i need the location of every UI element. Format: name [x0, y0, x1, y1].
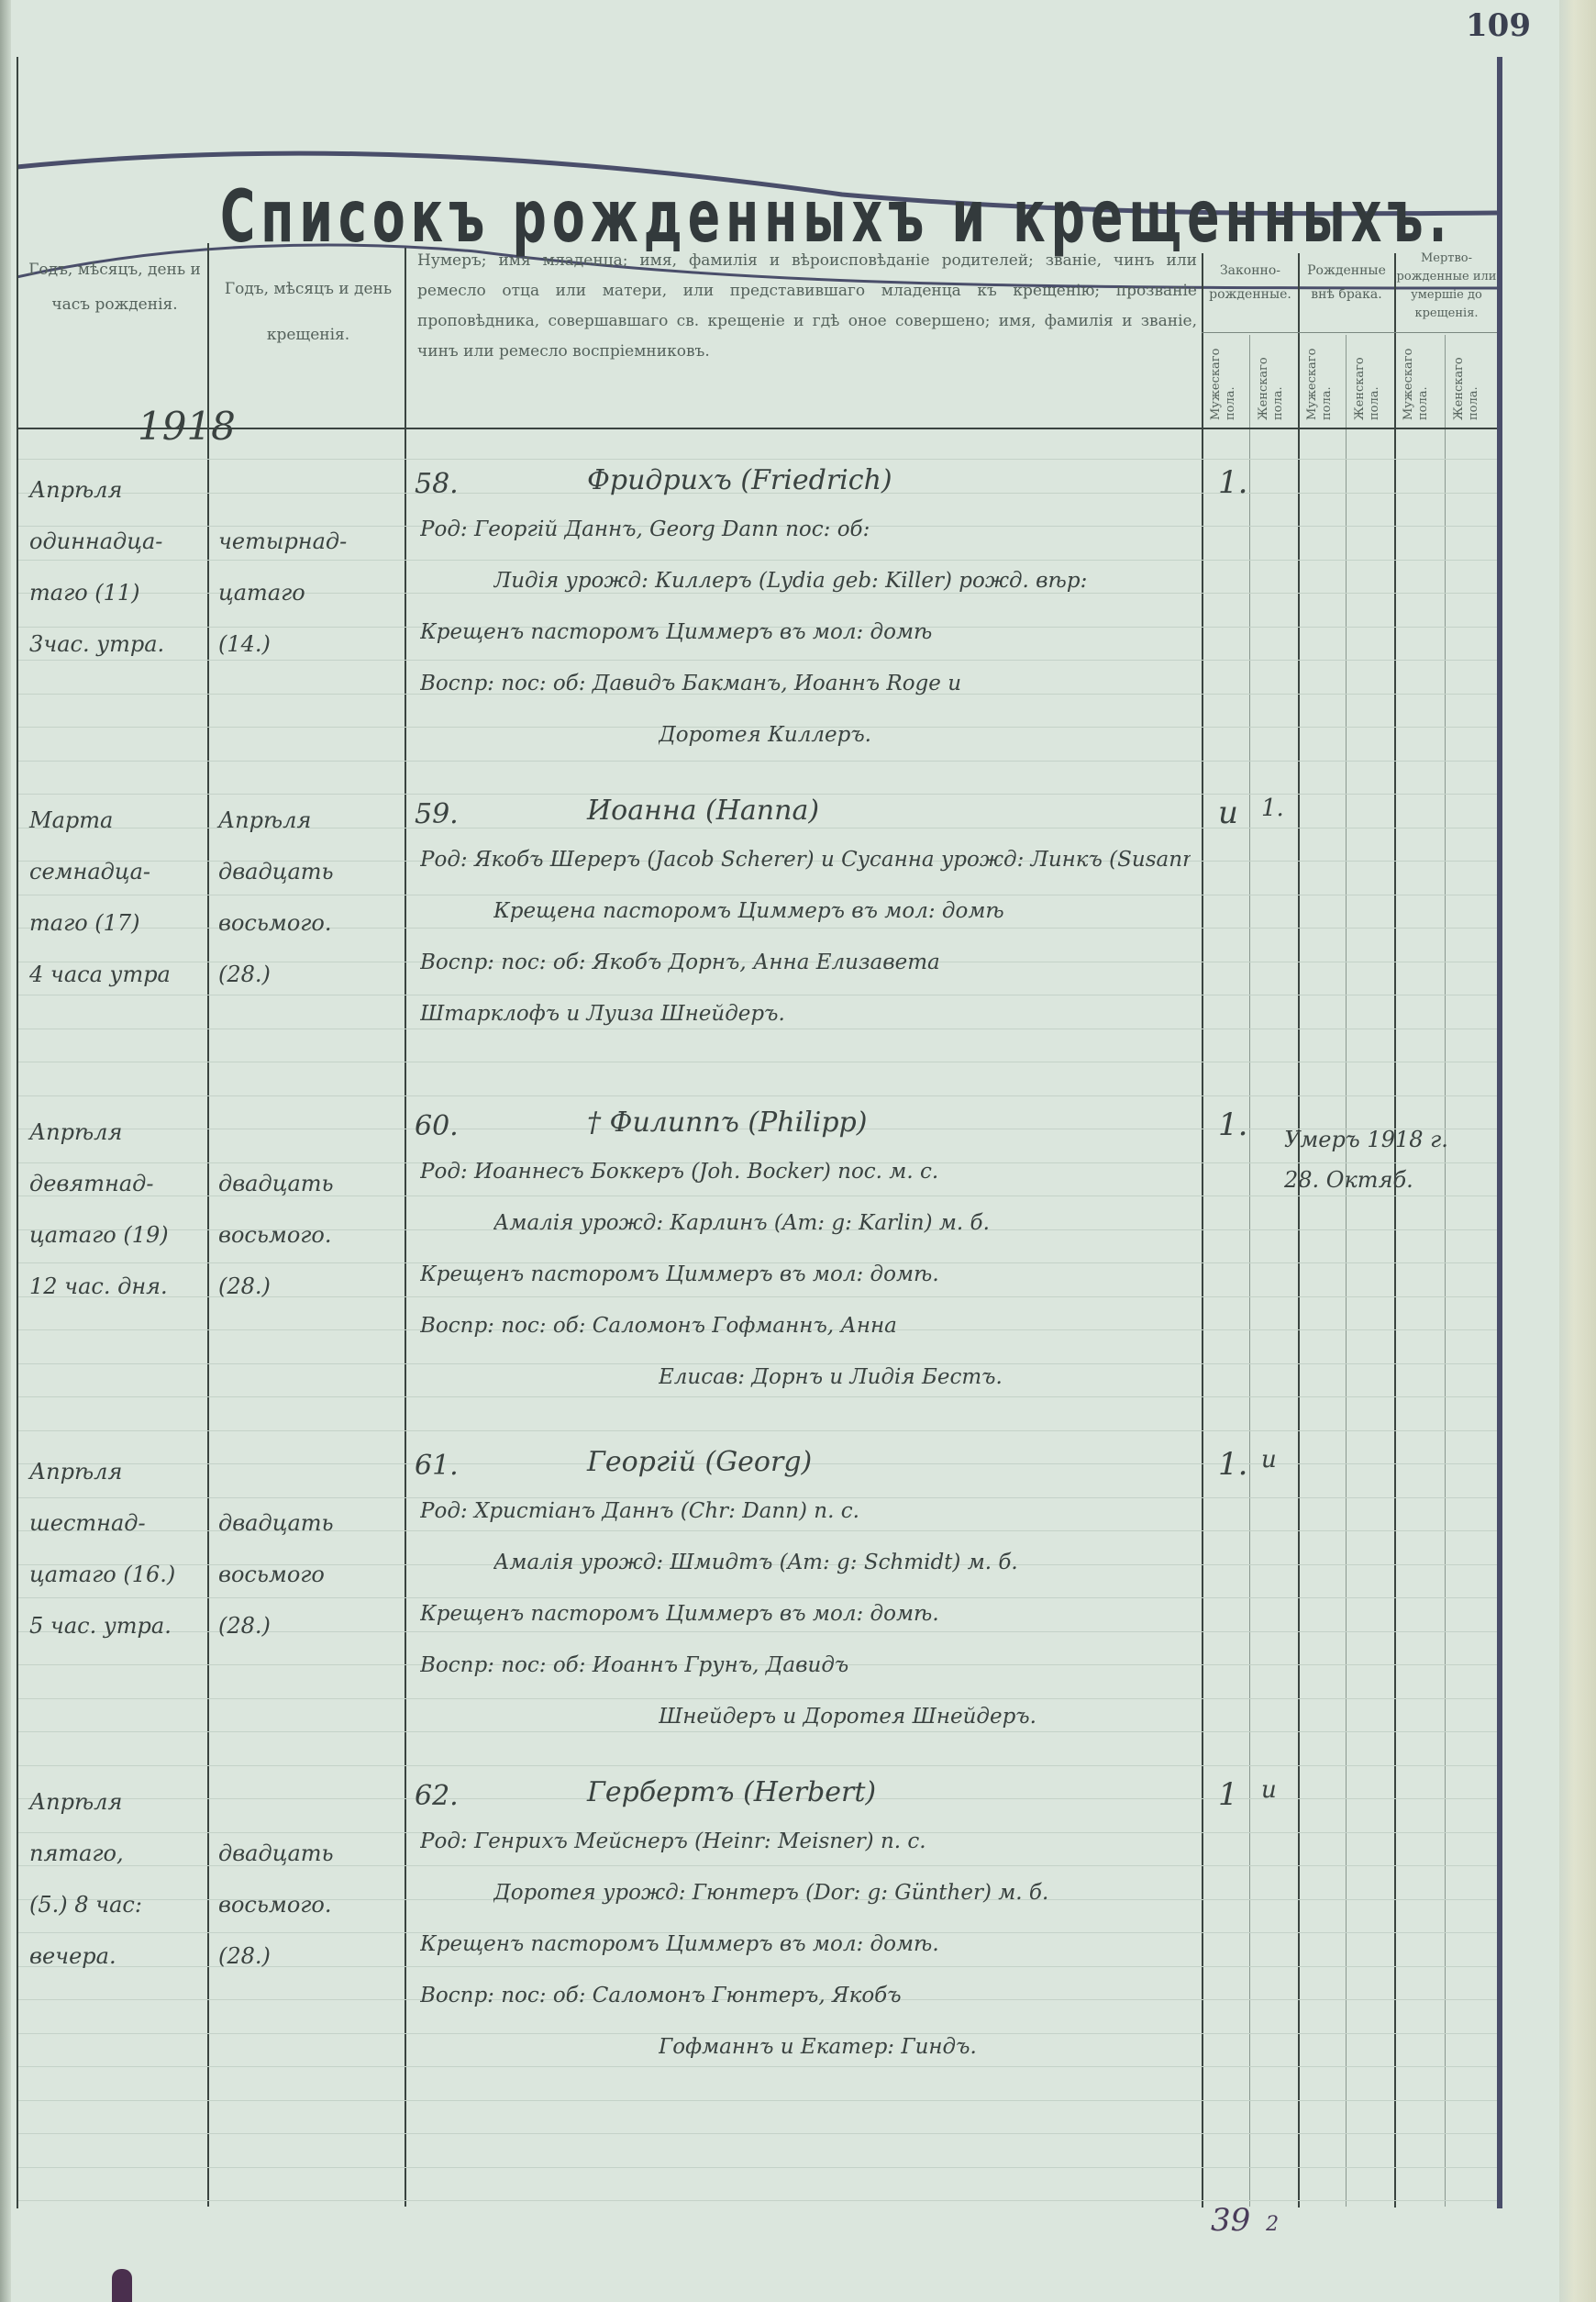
- entry-line: Амалія урожд: Карлинъ (Am: g: Karlin) м.…: [493, 1211, 990, 1235]
- entry-number: 61.: [415, 1450, 459, 1482]
- birth-date-line: одиннадца-: [29, 528, 162, 554]
- birth-date-line: вечера.: [29, 1943, 116, 1969]
- ruled-line: [18, 459, 1497, 460]
- entry-line: Гофманнъ и Екатер: Гиндъ.: [659, 2035, 977, 2059]
- entry-line: Крещена пасторомъ Циммеръ въ мол: домѣ: [493, 899, 1004, 923]
- subcol-divider: [1346, 335, 1347, 2207]
- subcol-divider: [1445, 335, 1446, 2207]
- group-divider: [1202, 332, 1497, 333]
- thumb: [112, 2269, 132, 2302]
- entry-line: Род: Георгій Даннъ, Georg Dann пос: об:: [420, 517, 870, 541]
- ruled-line: [18, 1095, 1497, 1096]
- ruled-line: [18, 1363, 1497, 1364]
- child-name: Гербертъ (Herbert): [587, 1776, 876, 1808]
- legit-male-mark: 1: [1218, 1776, 1238, 1813]
- entry-number: 62.: [415, 1780, 459, 1812]
- total-male: 39: [1211, 2202, 1250, 2239]
- baptism-date-line: (28.): [218, 1613, 271, 1639]
- entry-line: Род: Якобъ Шереръ (Jacob Scherer) и Суса…: [420, 848, 1191, 872]
- header-still-female: Женскаго пола.: [1452, 347, 1481, 420]
- total-count: 39 2: [1211, 2202, 1279, 2239]
- birth-date-line: Апрѣля: [29, 1789, 122, 1815]
- child-name: Иоанна (Hanna): [587, 795, 819, 827]
- ruled-line: [18, 1597, 1497, 1598]
- entry-line: Крещенъ пасторомъ Циммеръ въ мол: домѣ.: [420, 1602, 939, 1626]
- birth-date-line: пятаго,: [29, 1840, 124, 1866]
- death-note: Умеръ 1918 г. 28. Октяб.: [1284, 1119, 1486, 1200]
- entry-line: Доротея Киллеръ.: [659, 723, 871, 747]
- ruled-line: [18, 1029, 1497, 1029]
- entry-line: Шнейдеръ и Доротея Шнейдеръ.: [659, 1705, 1036, 1729]
- legit-female-mark: и: [1261, 1776, 1277, 1804]
- ruled-line: [18, 560, 1497, 561]
- legit-male-mark: 1.: [1218, 1107, 1247, 1143]
- ruled-line: [18, 2200, 1497, 2201]
- page-number: 109: [1466, 7, 1531, 44]
- baptism-date-line: двадцать: [218, 1840, 334, 1866]
- ruled-line: [18, 1698, 1497, 1699]
- ruled-line: [18, 761, 1497, 762]
- frame-right: [1497, 57, 1502, 2208]
- ruled-line: [18, 1396, 1497, 1397]
- header-illeg-male: Мужескаго пола.: [1305, 347, 1335, 420]
- entry-line: Род: Христіанъ Даннъ (Chr: Dann) п. с.: [420, 1499, 859, 1523]
- entry-line: Воспр: пос: об: Давидъ Бакманъ, Иоаннъ R…: [420, 672, 961, 695]
- baptism-date-line: двадцать: [218, 1510, 334, 1536]
- header-baptism-date: Годъ, мѣсяцъ и день крещенія.: [216, 266, 400, 358]
- header-stillborn: Мертво-рожденные или умершіе до крещенія…: [1396, 250, 1497, 323]
- birth-date-line: таго (11): [29, 580, 140, 606]
- ruled-line: [18, 1731, 1497, 1732]
- entry-line: Елисав: Дорнъ и Лидія Бестъ.: [659, 1365, 1003, 1389]
- header-bottom-line: [17, 428, 1497, 429]
- entry-line: Лидія урожд: Киллеръ (Lydia geb: Killer)…: [493, 569, 1087, 593]
- header-still-male: Мужескаго пола.: [1402, 347, 1431, 420]
- entry-line: Штарклофъ и Луиза Шнейдеръ.: [420, 1002, 785, 1026]
- birth-date-line: цатаго (16.): [29, 1562, 175, 1587]
- legit-male-mark: 1.: [1218, 1446, 1247, 1483]
- entry-line: Доротея урожд: Гюнтеръ (Dor: g: Günther)…: [493, 1881, 1048, 1905]
- ruled-line: [18, 1765, 1497, 1766]
- ruled-line: [18, 2066, 1497, 2067]
- ruled-line: [18, 2133, 1497, 2134]
- total-female: 2: [1266, 2213, 1279, 2236]
- entry-line: Амалія урожд: Шмидтъ (Am: g: Schmidt) м.…: [493, 1551, 1018, 1574]
- child-name: Фридрихъ (Friedrich): [587, 464, 892, 496]
- ruled-line: [18, 1062, 1497, 1062]
- birth-date-line: девятнад-: [29, 1171, 153, 1196]
- birth-date-line: Апрѣля: [29, 1459, 122, 1485]
- header-illegitimate: Рожденные внѣ брака.: [1300, 259, 1393, 306]
- entry-line: Род: Иоаннесъ Боккеръ (Joh. Bocker) пос.…: [420, 1160, 938, 1184]
- birth-date-line: шестнад-: [29, 1510, 146, 1536]
- entry-line: Крещенъ пасторомъ Циммеръ въ мол: домѣ: [420, 620, 932, 644]
- ruled-line: [18, 895, 1497, 895]
- page-edge: [1559, 0, 1596, 2302]
- birth-date-line: 4 часа утра: [29, 962, 171, 987]
- header-illeg-female: Женскаго пола.: [1353, 347, 1382, 420]
- baptism-date-line: (28.): [218, 1943, 271, 1969]
- col-divider: [207, 243, 209, 2207]
- legit-male-mark: и: [1218, 795, 1238, 831]
- ruled-line: [18, 1430, 1497, 1431]
- book-binding: [0, 0, 11, 2302]
- baptism-date-line: восьмого.: [218, 910, 331, 936]
- ruled-line: [18, 2167, 1497, 2168]
- col-divider: [1202, 253, 1203, 2207]
- ruled-line: [18, 2033, 1497, 2034]
- year-label: 1918: [138, 404, 236, 449]
- entry-line: Крещенъ пасторомъ Циммеръ въ мол: домѣ.: [420, 1932, 939, 1956]
- header-birth-date: Годъ, мѣсяцъ, день и часъ рожденія.: [28, 252, 202, 322]
- header-description: Нумеръ; имя младенца; имя, фамилія и вѣр…: [417, 246, 1197, 367]
- entry-number: 60.: [415, 1110, 459, 1142]
- entry-line: Воспр: пос: об: Саломонъ Гюнтеръ, Якобъ: [420, 1984, 902, 2007]
- entry-line: Воспр: пос: об: Иоаннъ Грунъ, Давидъ: [420, 1653, 848, 1677]
- entry-line: Крещенъ пасторомъ Циммеръ въ мол: домѣ.: [420, 1262, 939, 1286]
- legit-male-mark: 1.: [1218, 464, 1247, 501]
- baptism-date-line: (28.): [218, 962, 271, 987]
- legit-female-mark: и: [1261, 1446, 1277, 1474]
- entry-line: Род: Генрихъ Мейснеръ (Heinr: Meisner) п…: [420, 1829, 926, 1853]
- ruled-line: [18, 660, 1497, 661]
- header-legit-female: Женскаго пола.: [1257, 347, 1286, 420]
- birth-date-line: семнадца-: [29, 859, 150, 884]
- col-divider: [1394, 253, 1396, 2207]
- entry-line: Воспр: пос: об: Якобъ Дорнъ, Анна Елизав…: [420, 951, 940, 974]
- legit-female-mark: 1.: [1261, 795, 1284, 822]
- child-name: † Филиппъ (Philipp): [587, 1107, 867, 1139]
- ruled-line: [18, 995, 1497, 995]
- header-legit-male: Мужескаго пола.: [1209, 347, 1238, 420]
- birth-date-line: 12 час. дня.: [29, 1273, 168, 1299]
- birth-date-line: 3час. утра.: [29, 631, 164, 657]
- col-divider: [1298, 253, 1300, 2207]
- birth-date-line: 5 час. утра.: [29, 1613, 172, 1639]
- birth-date-line: цатаго (19): [29, 1222, 169, 1248]
- child-name: Георгій (Georg): [587, 1446, 812, 1478]
- birth-date-line: Апрѣля: [29, 477, 122, 503]
- baptism-date-line: восьмого: [218, 1562, 325, 1587]
- entry-number: 59.: [415, 798, 459, 830]
- birth-date-line: (5.) 8 час:: [29, 1892, 142, 1918]
- baptism-date-line: Апрѣля: [218, 807, 311, 833]
- entry-line: Воспр: пос: об: Саломонъ Гофманнъ, Анна: [420, 1314, 897, 1338]
- frame-left: [17, 57, 18, 2208]
- baptism-date-line: цатаго: [218, 580, 305, 606]
- ruled-line: [18, 1497, 1497, 1498]
- baptism-date-line: двадцать: [218, 859, 334, 884]
- baptism-date-line: восьмого.: [218, 1222, 331, 1248]
- col-divider: [405, 248, 406, 2207]
- entry-number: 58.: [415, 468, 459, 500]
- baptism-date-line: (28.): [218, 1273, 271, 1299]
- birth-date-line: Апрѣля: [29, 1119, 122, 1145]
- subcol-divider: [1249, 335, 1250, 2207]
- ruled-line: [18, 2100, 1497, 2101]
- baptism-date-line: (14.): [218, 631, 271, 657]
- baptism-date-line: двадцать: [218, 1171, 334, 1196]
- birth-date-line: Марта: [29, 807, 113, 833]
- birth-date-line: таго (17): [29, 910, 140, 936]
- baptism-date-line: восьмого.: [218, 1892, 331, 1918]
- header-legitimate: Законно-рожденные.: [1203, 259, 1297, 306]
- baptism-date-line: четырнад-: [218, 528, 347, 554]
